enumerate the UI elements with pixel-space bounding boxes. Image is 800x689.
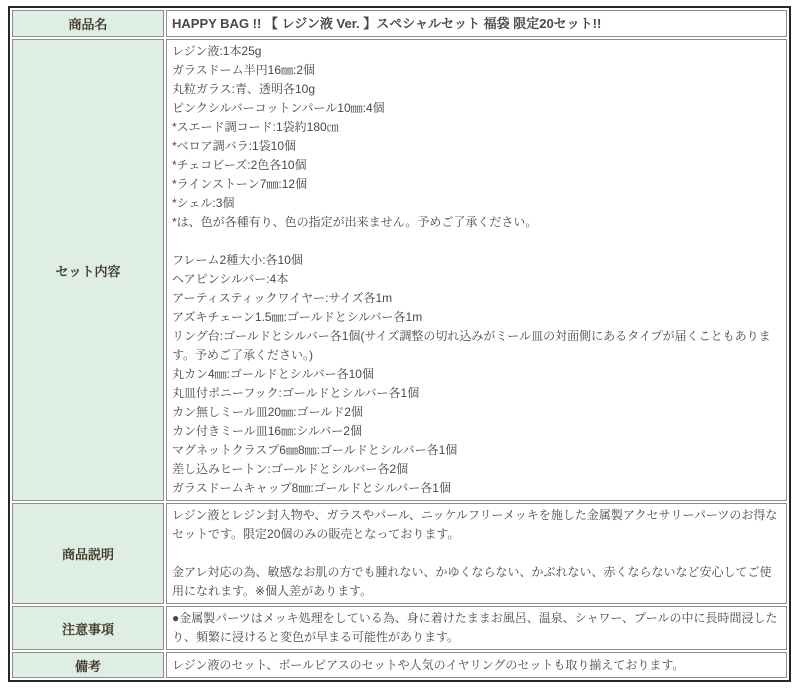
row-value-precautions: ●金属製パーツはメッキ処理をしている為、身に着けたままお風呂、温泉、シャワー、プ… <box>166 606 787 650</box>
row-value-product-description: レジン液とレジン封入物や、ガラスやパール、ニッケルフリーメッキを施した金属製アク… <box>166 503 787 604</box>
row-label-remarks: 備考 <box>12 652 164 678</box>
row-label-set-contents: セット内容 <box>12 39 164 501</box>
row-value-product-name: HAPPY BAG !! 【 レジン液 Ver. 】スペシャルセット 福袋 限定… <box>166 10 787 37</box>
spec-row-product-name: 商品名 HAPPY BAG !! 【 レジン液 Ver. 】スペシャルセット 福… <box>12 10 787 37</box>
spec-row-precautions: 注意事項 ●金属製パーツはメッキ処理をしている為、身に着けたままお風呂、温泉、シ… <box>12 606 787 650</box>
row-label-product-name: 商品名 <box>12 10 164 37</box>
row-label-precautions: 注意事項 <box>12 606 164 650</box>
row-value-remarks: レジン液のセット、ボールピアスのセットや人気のイヤリングのセットも取り揃えており… <box>166 652 787 678</box>
row-value-set-contents: レジン液:1本25g ガラスドーム半円16㎜:2個 丸粒ガラス:青、透明各10g… <box>166 39 787 501</box>
row-label-product-description: 商品説明 <box>12 503 164 604</box>
product-spec-table: 商品名 HAPPY BAG !! 【 レジン液 Ver. 】スペシャルセット 福… <box>8 6 791 682</box>
spec-row-remarks: 備考 レジン液のセット、ボールピアスのセットや人気のイヤリングのセットも取り揃え… <box>12 652 787 678</box>
spec-row-product-description: 商品説明 レジン液とレジン封入物や、ガラスやパール、ニッケルフリーメッキを施した… <box>12 503 787 604</box>
spec-row-set-contents: セット内容 レジン液:1本25g ガラスドーム半円16㎜:2個 丸粒ガラス:青、… <box>12 39 787 501</box>
